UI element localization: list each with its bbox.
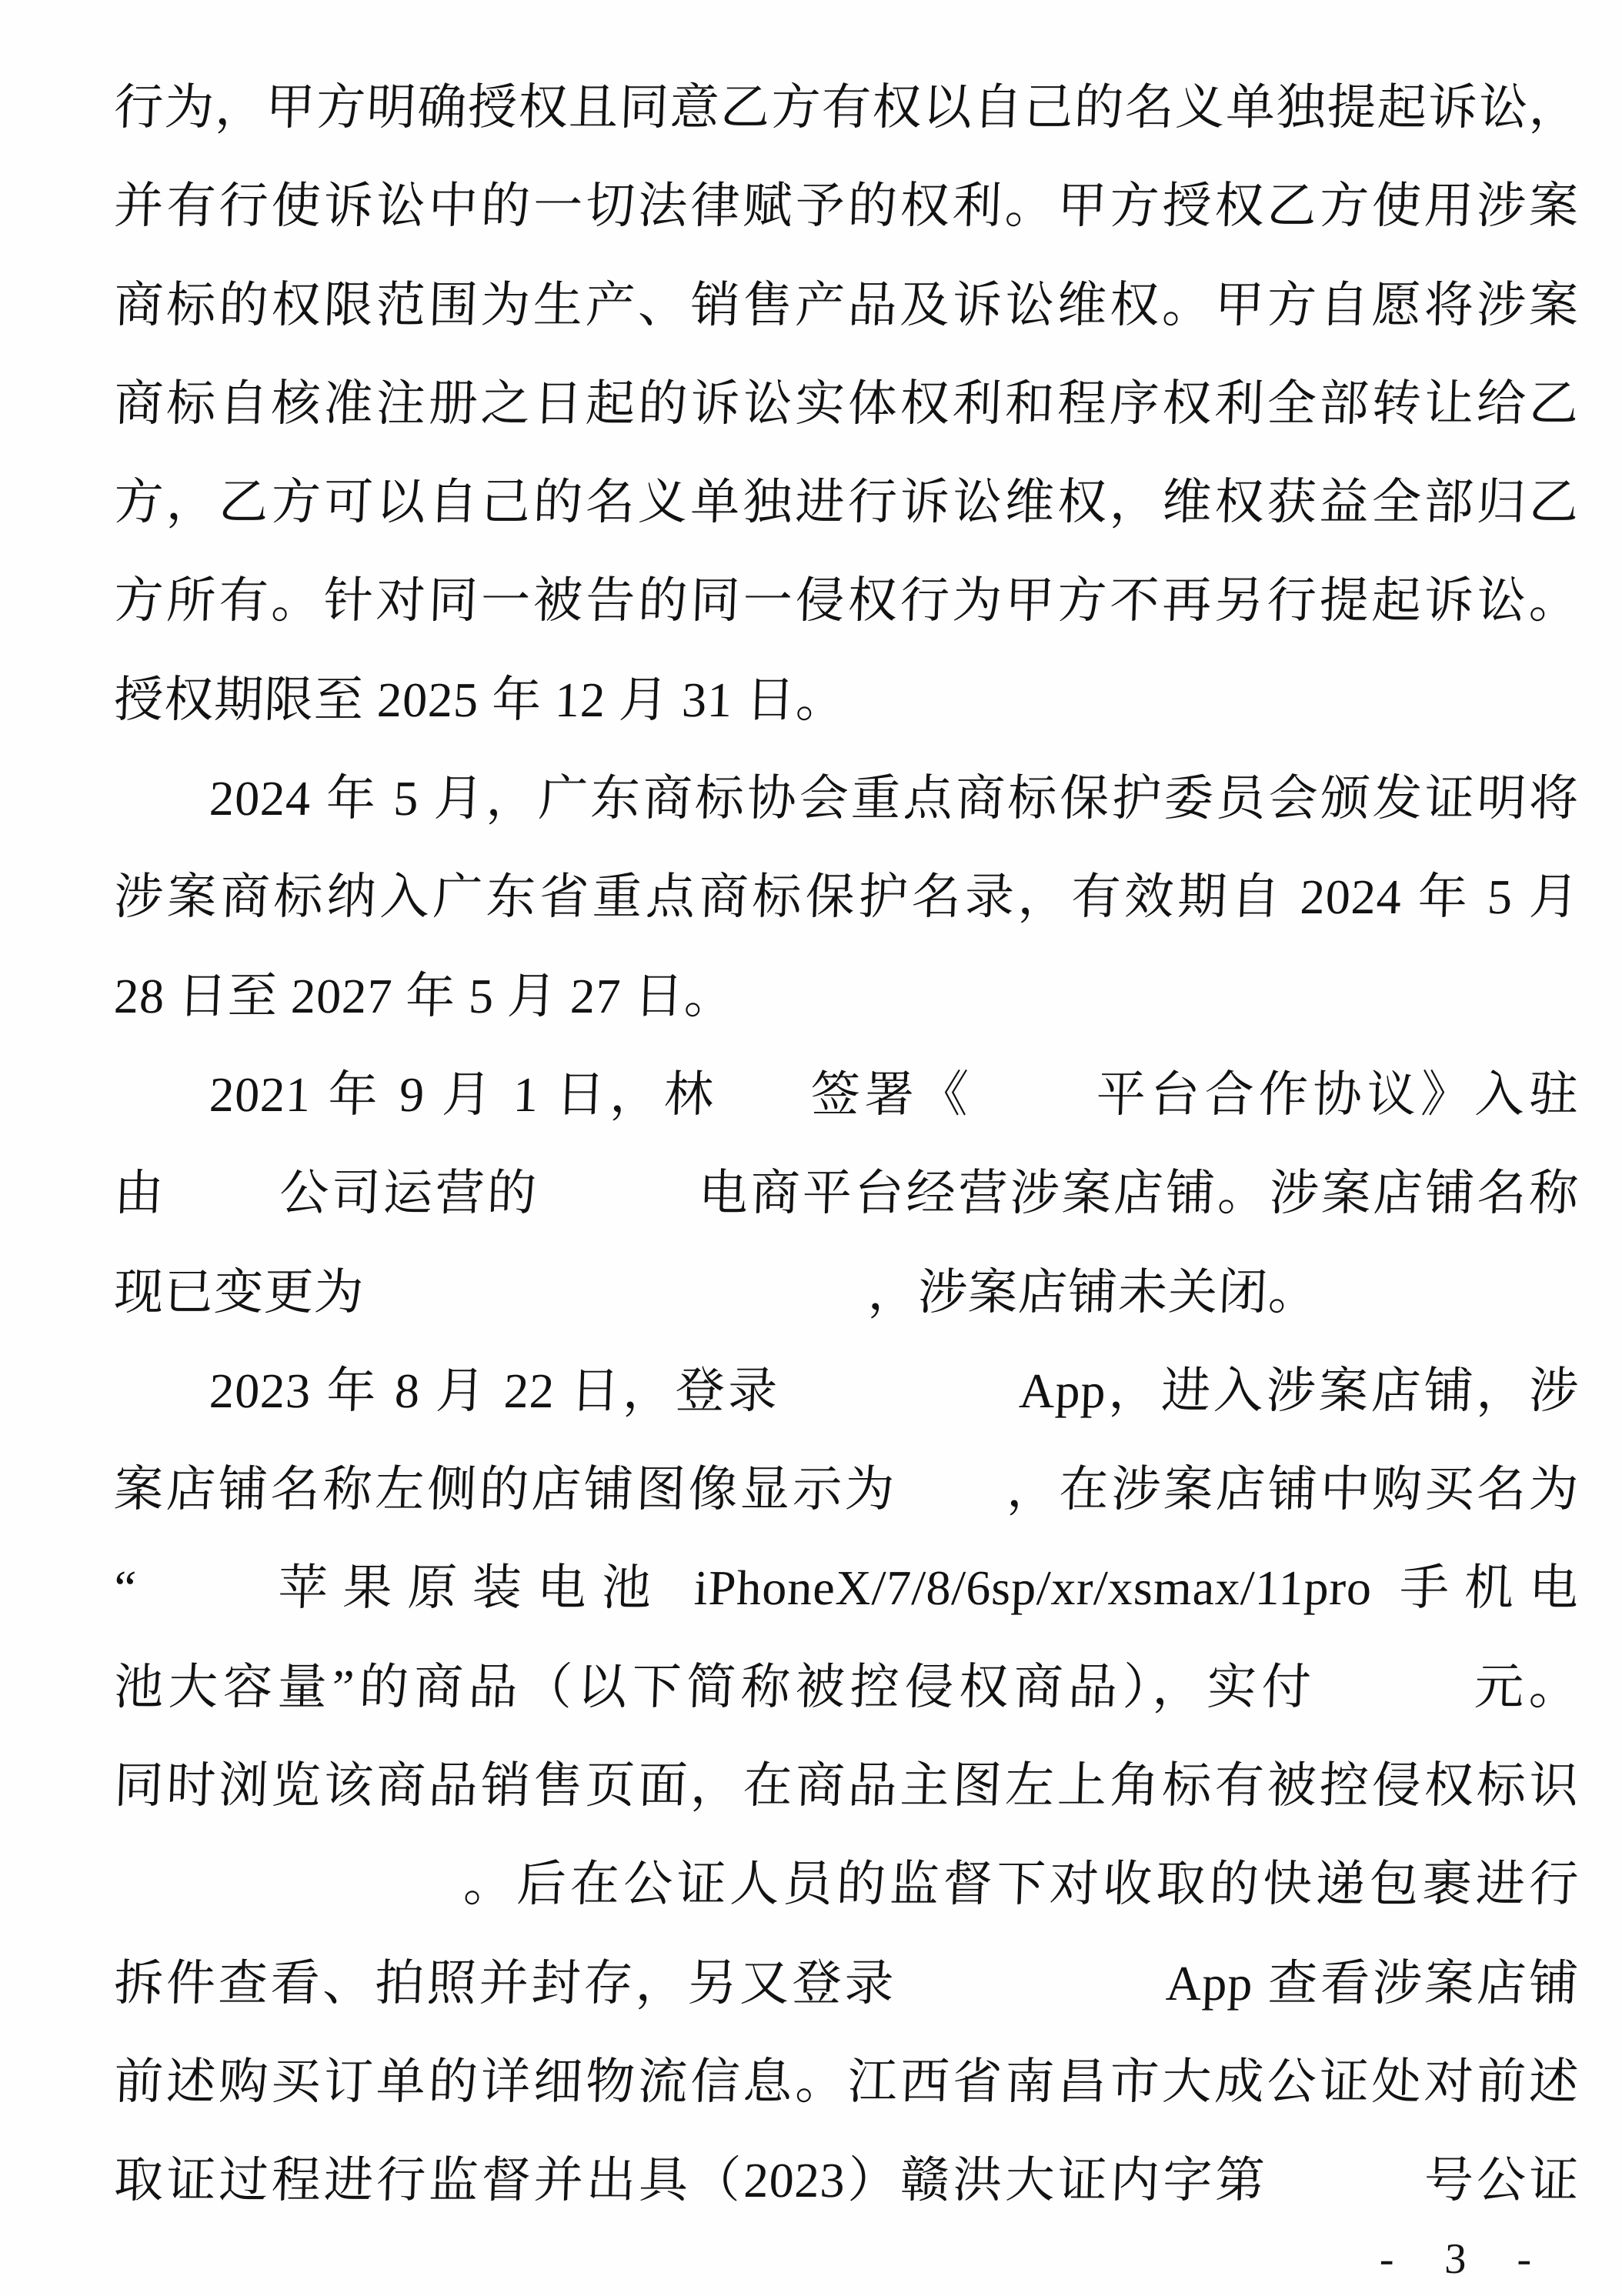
redaction-gap [364, 1286, 869, 1309]
text-run: 电商平台经营涉案店铺。涉案店铺名称 [696, 1166, 1580, 1220]
text-run: 行为，甲方明确授权且同意乙方有权以自己的名义单独提起诉讼， [113, 80, 1580, 135]
document-line: “· · ·苹果原装电池 iPhoneX/7/8/6sp/xr/xsmax/11… [112, 1539, 1580, 1637]
document-line: 案店铺名称左侧的店铺图像显示为·，在涉案店铺中购买名为 [112, 1440, 1580, 1539]
document-line: 商标的权限范围为生产、销售产品及诉讼维权。甲方自愿将涉案 [112, 256, 1580, 355]
redaction-gap: ． [1316, 1680, 1470, 1704]
text-run: ，涉案店铺未关闭。 [867, 1265, 1319, 1320]
text-run: 公司运营的 [276, 1166, 539, 1220]
text-run: 由 [113, 1166, 167, 1220]
document-line: 行为，甲方明确授权且同意乙方有权以自己的名义单独提起诉讼， [112, 58, 1580, 157]
text-run: 授权期限至 2025 年 12 月 31 日。 [113, 672, 846, 727]
text-run: 并有行使诉讼中的一切法律赋予的权利。甲方授权乙方使用涉案 [113, 179, 1580, 233]
text-run: 前述购买订单的详细物流信息。江西省南昌市大成公证处对前述 [113, 2054, 1580, 2109]
text-run: “ [113, 1560, 138, 1615]
text-run: 号公证 [1420, 2153, 1580, 2208]
text-run: 28 日至 2027 年 5 月 27 日。 [113, 969, 735, 1023]
redaction-gap: ·. [718, 1088, 807, 1111]
text-run: 2021 年 9 月 1 日，林 [209, 1067, 719, 1122]
redaction-gap: · [896, 1483, 1005, 1506]
document-line: 池大容量”的商品（以下简称被控侵权商品），实付．元。 [112, 1638, 1580, 1737]
text-run: 方所有。针对同一被告的同一侵权行为甲方不再另行提起诉讼。 [113, 573, 1580, 628]
document-line: 并有行使诉讼中的一切法律赋予的权利。甲方授权乙方使用涉案 [112, 157, 1580, 255]
document-page: 行为，甲方明确授权且同意乙方有权以自己的名义单独提起诉讼，并有行使诉讼中的一切法… [0, 0, 1622, 2296]
redaction-gap: · · · [136, 1581, 264, 1604]
document-line: 2023 年 8 月 22 日，登录App，进入涉案店铺，涉 [112, 1342, 1580, 1440]
text-run: App，进入涉案店铺，涉 [1018, 1363, 1580, 1418]
document-line: 前述购买订单的详细物流信息。江西省南昌市大成公证处对前述 [112, 2033, 1580, 2131]
text-run: 取证过程进行监督并出具（2023）赣洪大证内字第 [113, 2153, 1269, 2208]
redaction-gap [539, 1186, 697, 1210]
document-line: 28 日至 2027 年 5 月 27 日。 [112, 947, 1580, 1046]
text-run: 方，乙方可以自己的名义单独进行诉讼维权，维权获益全部归乙 [113, 475, 1580, 529]
text-run: 商标的权限范围为生产、销售产品及诉讼维权。甲方自愿将涉案 [113, 278, 1580, 332]
text-run: 元。 [1469, 1660, 1580, 1714]
redaction-gap [896, 1977, 1166, 2000]
text-run: ，在涉案店铺中购买名为 [1004, 1462, 1580, 1517]
text-run: 平台合作协议》入驻 [1091, 1067, 1580, 1122]
redaction-gap [1267, 2174, 1422, 2197]
text-run: 现已变更为 [113, 1265, 365, 1320]
redaction-gap [780, 1384, 1020, 1407]
page-number: - 3 - [1379, 2234, 1553, 2284]
document-line: 涉案商标纳入广东省重点商标保护名录，有效期自 2024 年 5 月 [112, 848, 1580, 946]
redaction-gap [973, 1088, 1093, 1111]
document-line: 授权期限至 2025 年 12 月 31 日。 [112, 651, 1580, 749]
text-run: 拆件查看、拍照并封存，另又登录 [113, 1956, 897, 2011]
text-run: 2023 年 8 月 22 日，登录 [209, 1363, 782, 1418]
document-line: 拆件查看、拍照并封存，另又登录App 查看涉案店铺 [112, 1934, 1580, 2033]
text-run: App 查看涉案店铺 [1165, 1956, 1580, 2011]
document-line: 方，乙方可以自己的名义单独进行诉讼维权，维权获益全部归乙 [112, 453, 1580, 552]
text-run: 同时浏览该商品销售页面，在商品主图左上角标有被控侵权标识 [113, 1758, 1580, 1813]
document-line: 2021 年 9 月 1 日，林·.签署《平台合作协议》入驻 [112, 1046, 1580, 1144]
document-line: 取证过程进行监督并出具（2023）赣洪大证内字第号公证 [112, 2131, 1580, 2230]
document-line: 商标自核准注册之日起的诉讼实体权利和程序权利全部转让给乙 [112, 355, 1580, 453]
redaction-gap: · [165, 1186, 278, 1210]
text-run: 2024 年 5 月，广东商标协会重点商标保护委员会颁发证明将 [209, 771, 1580, 826]
document-line: 同时浏览该商品销售页面，在商品主图左上角标有被控侵权标识 [112, 1737, 1580, 1835]
text-run: 池大容量”的商品（以下简称被控侵权商品），实付 [113, 1660, 1317, 1714]
document-line: 由·公司运营的电商平台经营涉案店铺。涉案店铺名称 [112, 1144, 1580, 1243]
document-line: 现已变更为，涉案店铺未关闭。 [112, 1243, 1580, 1342]
text-run: 苹果原装电池 iPhoneX/7/8/6sp/xr/xsmax/11pro 手机… [262, 1560, 1580, 1615]
text-run: 。后在公证人员的监督下对收取的快递包裹进行 [459, 1857, 1580, 1911]
document-line: 。后在公证人员的监督下对收取的快递包裹进行 [112, 1835, 1580, 1934]
document-body: 行为，甲方明确授权且同意乙方有权以自己的名义单独提起诉讼，并有行使诉讼中的一切法… [112, 58, 1577, 2231]
text-run: 涉案商标纳入广东省重点商标保护名录，有效期自 2024 年 5 月 [113, 869, 1580, 924]
text-run: 签署《 [806, 1067, 974, 1122]
document-line: 方所有。针对同一被告的同一侵权行为甲方不再另行提起诉讼。 [112, 552, 1580, 650]
text-run: 商标自核准注册之日起的诉讼实体权利和程序权利全部转让给乙 [113, 376, 1580, 431]
document-line: 2024 年 5 月，广东商标协会重点商标保护委员会颁发证明将 [112, 749, 1580, 848]
text-run: 案店铺名称左侧的店铺图像显示为 [113, 1462, 898, 1517]
redaction-gap [114, 1877, 461, 1901]
